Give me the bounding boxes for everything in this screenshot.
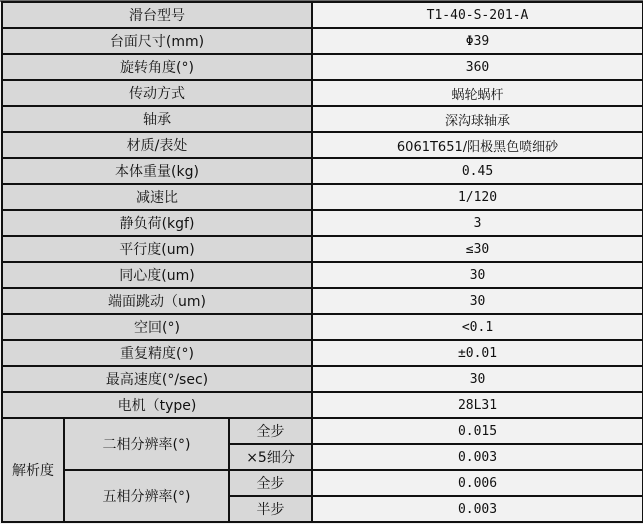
- row-value: 3: [312, 210, 643, 236]
- table-row-reduction-ratio: 减速比 1/120: [2, 184, 643, 210]
- table-row-static-load: 静负荷(kgf) 3: [2, 210, 643, 236]
- row-label: 端面跳动（um): [2, 288, 312, 314]
- step-mode-label: 全步: [229, 470, 312, 496]
- row-value: 0.006: [312, 470, 643, 496]
- row-value: Φ39: [312, 28, 643, 54]
- table-row-face-runout: 端面跳动（um) 30: [2, 288, 643, 314]
- table-row-parallelism: 平行度(um) ≤30: [2, 236, 643, 262]
- row-label: 材质/表处: [2, 132, 312, 158]
- table-row-motor: 电机（type) 28L31: [2, 392, 643, 418]
- row-label: 减速比: [2, 184, 312, 210]
- row-label: 同心度(um): [2, 262, 312, 288]
- row-value: 360: [312, 54, 643, 80]
- row-value: 30: [312, 262, 643, 288]
- row-value: <0.1: [312, 314, 643, 340]
- row-value: ≤30: [312, 236, 643, 262]
- row-label: 重复精度(°): [2, 340, 312, 366]
- row-label: 台面尺寸(mm): [2, 28, 312, 54]
- table-row-model: 滑台型号 T1-40-S-201-A: [2, 2, 643, 28]
- five-phase-resolution-label: 五相分辨率(°): [64, 470, 229, 522]
- row-value: 1/120: [312, 184, 643, 210]
- row-label: 传动方式: [2, 80, 312, 106]
- row-label: 电机（type): [2, 392, 312, 418]
- table-row-weight: 本体重量(kg) 0.45: [2, 158, 643, 184]
- table-row-table-size: 台面尺寸(mm) Φ39: [2, 28, 643, 54]
- row-value: 28L31: [312, 392, 643, 418]
- row-value: 0.003: [312, 496, 643, 522]
- row-value: 30: [312, 288, 643, 314]
- table-row-resolution-5phase-full: 五相分辨率(°) 全步 0.006: [2, 470, 643, 496]
- row-label: 旋转角度(°): [2, 54, 312, 80]
- row-label: 平行度(um): [2, 236, 312, 262]
- row-value: 30: [312, 366, 643, 392]
- row-value: 蜗轮蜗杆: [312, 80, 643, 106]
- row-label: 静负荷(kgf): [2, 210, 312, 236]
- row-label: 滑台型号: [2, 2, 312, 28]
- table-row-bearing: 轴承 深沟球轴承: [2, 106, 643, 132]
- spec-table: 滑台型号 T1-40-S-201-A 台面尺寸(mm) Φ39 旋转角度(°) …: [1, 1, 643, 523]
- two-phase-resolution-label: 二相分辨率(°): [64, 418, 229, 470]
- row-label: 轴承: [2, 106, 312, 132]
- resolution-label: 解析度: [2, 418, 64, 522]
- table-row-repeatability: 重复精度(°) ±0.01: [2, 340, 643, 366]
- row-label: 本体重量(kg): [2, 158, 312, 184]
- row-value: 6061T651/阳极黑色喷细砂: [312, 132, 643, 158]
- step-mode-label: ×5细分: [229, 444, 312, 470]
- table-row-material: 材质/表处 6061T651/阳极黑色喷细砂: [2, 132, 643, 158]
- table-row-backlash: 空回(°) <0.1: [2, 314, 643, 340]
- row-label: 空回(°): [2, 314, 312, 340]
- step-mode-label: 半步: [229, 496, 312, 522]
- row-label: 最高速度(°/sec): [2, 366, 312, 392]
- row-value: 深沟球轴承: [312, 106, 643, 132]
- row-value: ±0.01: [312, 340, 643, 366]
- row-value: 0.45: [312, 158, 643, 184]
- step-mode-label: 全步: [229, 418, 312, 444]
- table-row-concentricity: 同心度(um) 30: [2, 262, 643, 288]
- row-value: 0.003: [312, 444, 643, 470]
- row-value: T1-40-S-201-A: [312, 2, 643, 28]
- table-row-rotation-angle: 旋转角度(°) 360: [2, 54, 643, 80]
- row-value: 0.015: [312, 418, 643, 444]
- table-row-max-speed: 最高速度(°/sec) 30: [2, 366, 643, 392]
- table-row-resolution-2phase-full: 解析度 二相分辨率(°) 全步 0.015: [2, 418, 643, 444]
- table-row-transmission: 传动方式 蜗轮蜗杆: [2, 80, 643, 106]
